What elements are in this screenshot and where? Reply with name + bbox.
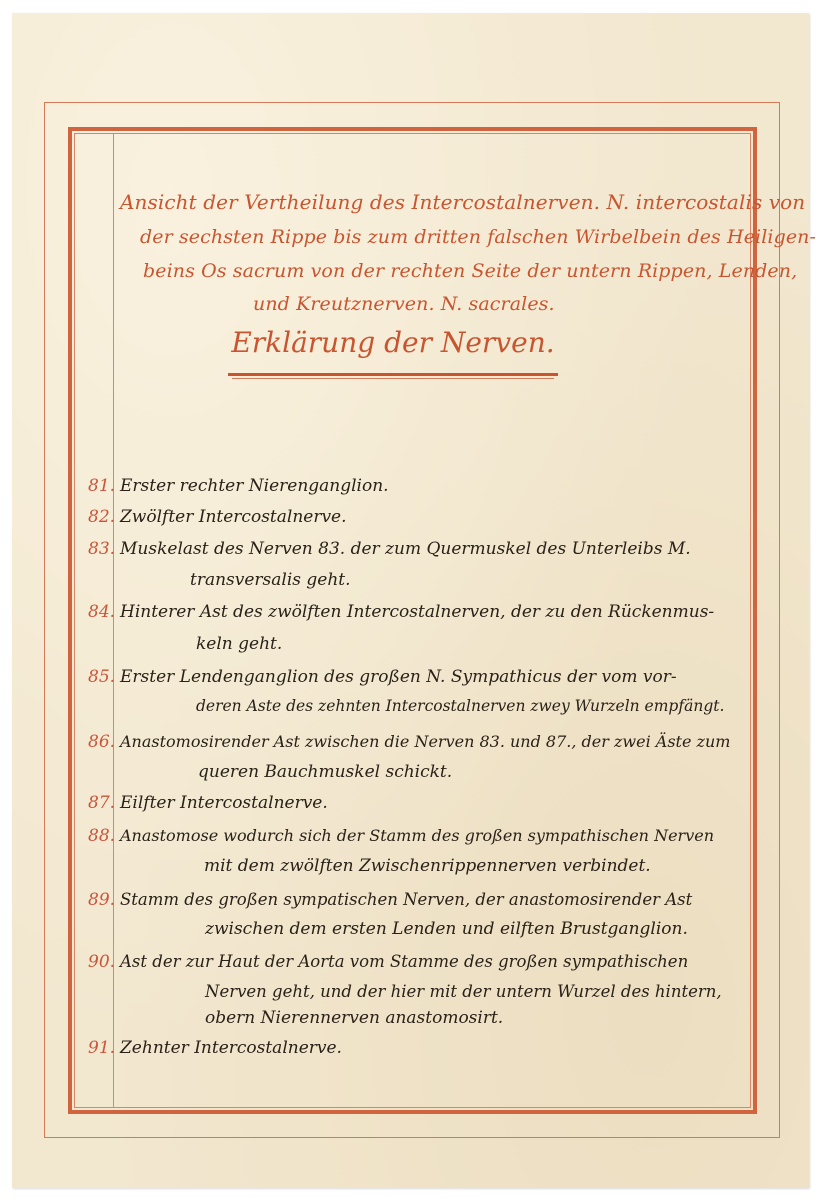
entry-text-continuation: keln geht.: [196, 634, 282, 654]
entry-text-continuation: queren Bauchmuskel schickt.: [198, 762, 452, 782]
entry-number: 82.: [88, 507, 118, 527]
entry-text: Zwölfter Intercostalnerve.: [120, 507, 347, 527]
subtitle: Erklärung der Nerven.: [228, 326, 558, 359]
title-line-1: Ansicht der Vertheilung des Intercostaln…: [120, 190, 805, 214]
title-line-2: der sechsten Rippe bis zum dritten falsc…: [140, 226, 816, 248]
entry-text: Eilfter Intercostalnerve.: [120, 793, 328, 813]
entry-text-continuation: deren Aste des zehnten Intercostalnerven…: [196, 697, 724, 715]
entry-number: 89.: [88, 890, 118, 910]
entry-number: 91.: [88, 1038, 118, 1058]
entry-number: 86.: [88, 732, 118, 752]
entry-text: Anastomosirender Ast zwischen die Nerven…: [120, 732, 730, 751]
entry-text-continuation: mit dem zwölften Zwischenrippennerven ve…: [204, 856, 651, 876]
subtitle-underline: [228, 373, 558, 376]
entry-text: Muskelast des Nerven 83. der zum Quermus…: [120, 539, 691, 559]
entry-text: Erster Lendenganglion des großen N. Symp…: [120, 667, 677, 687]
entry-number: 84.: [88, 602, 118, 622]
entry-text-continuation: obern Nierennerven anastomosirt.: [205, 1008, 503, 1028]
entry-number: 81.: [88, 476, 118, 496]
subtitle-underline-thin: [232, 378, 554, 379]
entry-text: Hinterer Ast des zwölften Intercostalner…: [120, 602, 714, 622]
entry-number: 87.: [88, 793, 118, 813]
entry-text: Zehnter Intercostalnerve.: [120, 1038, 342, 1058]
entry-text: Stamm des großen sympatischen Nerven, de…: [120, 890, 692, 909]
entry-text-continuation: Nerven geht, und der hier mit der untern…: [205, 982, 722, 1001]
entry-text-continuation: zwischen dem ersten Lenden und eilften B…: [205, 919, 688, 939]
title-line-4: und Kreutznerven. N. sacrales.: [253, 293, 555, 315]
entry-text-continuation: transversalis geht.: [190, 570, 351, 590]
entry-text: Anastomose wodurch sich der Stamm des gr…: [120, 826, 714, 845]
entry-number: 88.: [88, 826, 118, 846]
entry-text: Ast der zur Haut der Aorta vom Stamme de…: [120, 952, 688, 971]
entry-number: 90.: [88, 952, 118, 972]
entry-number: 83.: [88, 539, 118, 559]
title-line-3: beins Os sacrum von der rechten Seite de…: [143, 260, 797, 282]
entry-text: Erster rechter Nierenganglion.: [120, 476, 389, 496]
entry-number: 85.: [88, 667, 118, 687]
